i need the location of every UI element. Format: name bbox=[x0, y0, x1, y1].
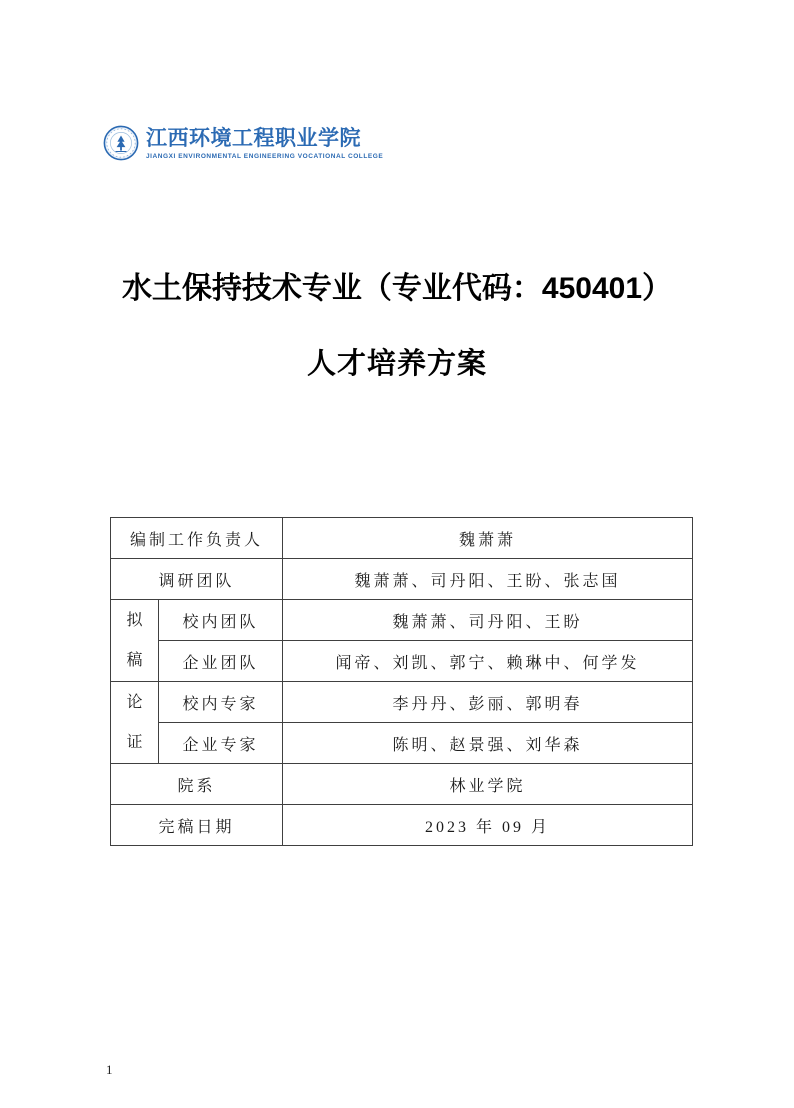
row-label: 调研团队 bbox=[111, 559, 283, 600]
group-label-stack: 拟 稿 bbox=[111, 601, 158, 681]
page-number: 1 bbox=[106, 1062, 113, 1078]
group-label-review: 论 证 bbox=[111, 682, 159, 764]
table-row: 调研团队 魏萧萧、司丹阳、王盼、张志国 bbox=[111, 559, 693, 600]
row-label: 校内团队 bbox=[159, 600, 283, 641]
row-value: 李丹丹、彭丽、郭明春 bbox=[283, 682, 693, 723]
college-name-block: 江西环境工程职业学院 JIANGXI ENVIRONMENTAL ENGINEE… bbox=[146, 126, 383, 160]
row-label: 编制工作负责人 bbox=[111, 518, 283, 559]
row-label: 校内专家 bbox=[159, 682, 283, 723]
row-value: 2023 年 09 月 bbox=[283, 805, 693, 846]
row-value: 陈明、赵景强、刘华森 bbox=[283, 723, 693, 764]
doc-title-line2: 人才培养方案 bbox=[0, 341, 794, 382]
row-value: 林业学院 bbox=[283, 764, 693, 805]
college-name-en: JIANGXI ENVIRONMENTAL ENGINEERING VOCATI… bbox=[146, 153, 383, 160]
college-name-cn: 江西环境工程职业学院 bbox=[146, 126, 383, 150]
table-row: 论 证 校内专家 李丹丹、彭丽、郭明春 bbox=[111, 682, 693, 723]
group-char: 证 bbox=[111, 723, 158, 763]
row-label: 企业专家 bbox=[159, 723, 283, 764]
info-table: 编制工作负责人 魏萧萧 调研团队 魏萧萧、司丹阳、王盼、张志国 拟 稿 校内团队… bbox=[110, 517, 693, 846]
doc-title-line1: 水土保持技术专业（专业代码：450401） bbox=[0, 263, 794, 307]
table-row: 院系 林业学院 bbox=[111, 764, 693, 805]
college-seal-icon bbox=[103, 124, 139, 162]
group-label-stack: 论 证 bbox=[111, 683, 158, 763]
table-row: 拟 稿 校内团队 魏萧萧、司丹阳、王盼 bbox=[111, 600, 693, 641]
table-row: 完稿日期 2023 年 09 月 bbox=[111, 805, 693, 846]
group-char: 拟 bbox=[111, 601, 158, 641]
row-value: 魏萧萧、司丹阳、王盼 bbox=[283, 600, 693, 641]
row-value: 魏萧萧 bbox=[283, 518, 693, 559]
table-row: 编制工作负责人 魏萧萧 bbox=[111, 518, 693, 559]
row-label: 院系 bbox=[111, 764, 283, 805]
table-row: 企业专家 陈明、赵景强、刘华森 bbox=[111, 723, 693, 764]
group-char: 论 bbox=[111, 683, 158, 723]
college-logo: 江西环境工程职业学院 JIANGXI ENVIRONMENTAL ENGINEE… bbox=[103, 124, 383, 162]
table-row: 企业团队 闻帝、刘凯、郭宁、赖琳中、何学发 bbox=[111, 641, 693, 682]
row-value: 闻帝、刘凯、郭宁、赖琳中、何学发 bbox=[283, 641, 693, 682]
row-value: 魏萧萧、司丹阳、王盼、张志国 bbox=[283, 559, 693, 600]
row-label: 企业团队 bbox=[159, 641, 283, 682]
row-label: 完稿日期 bbox=[111, 805, 283, 846]
document-page: 江西环境工程职业学院 JIANGXI ENVIRONMENTAL ENGINEE… bbox=[0, 0, 794, 1108]
group-label-drafting: 拟 稿 bbox=[111, 600, 159, 682]
group-char: 稿 bbox=[111, 641, 158, 681]
